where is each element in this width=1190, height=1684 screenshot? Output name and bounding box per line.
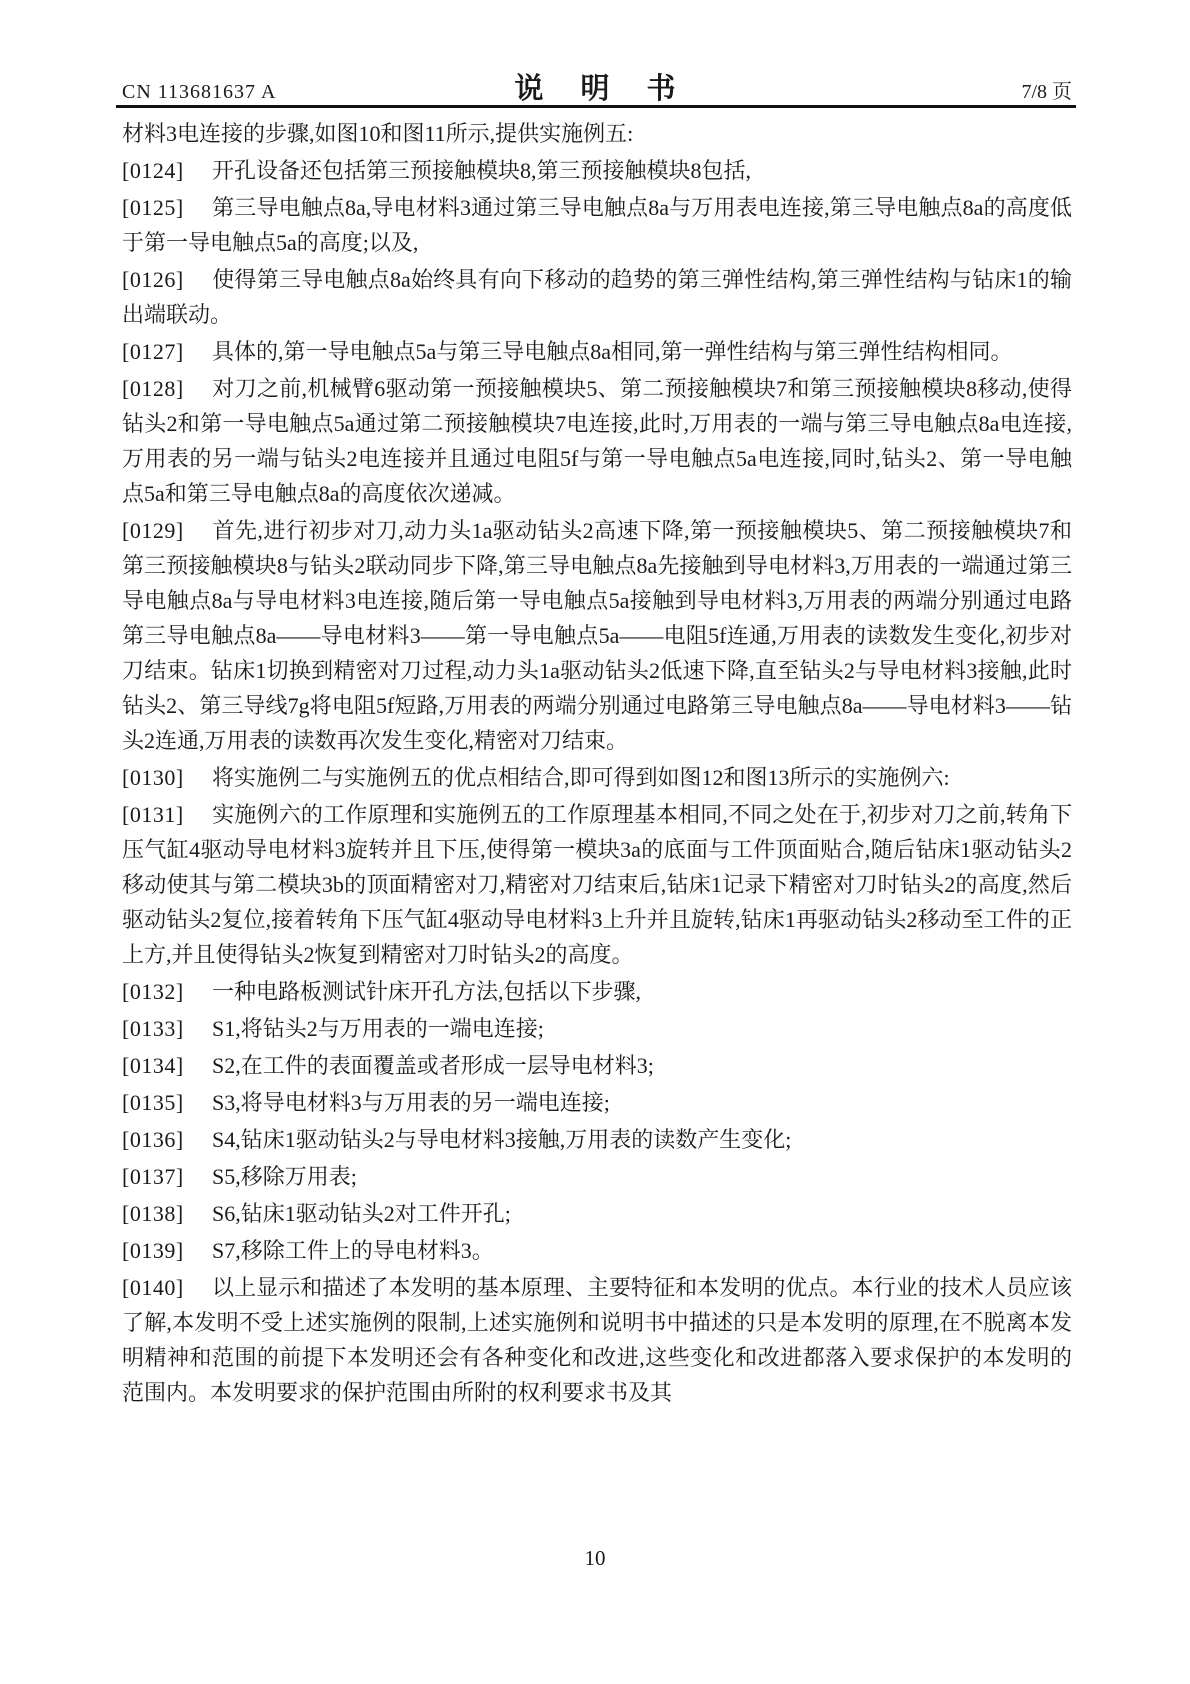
paragraph-number: [0139] — [122, 1233, 212, 1268]
paragraph-0139: [0139]S7,移除工件上的导电材料3。 — [122, 1233, 1072, 1268]
paragraph-text: 首先,进行初步对刀,动力头1a驱动钻头2高速下降,第一预接触模块5、第二预接触模… — [122, 518, 1072, 753]
paragraph-number: [0125] — [122, 190, 212, 225]
paragraph-text: S7,移除工件上的导电材料3。 — [212, 1238, 494, 1263]
header-rule — [116, 105, 1076, 108]
paragraph-0136: [0136]S4,钻床1驱动钻头2与导电材料3接触,万用表的读数产生变化; — [122, 1122, 1072, 1157]
paragraph-number: [0127] — [122, 334, 212, 369]
paragraph-text: 对刀之前,机械臂6驱动第一预接触模块5、第二预接触模块7和第三预接触模块8移动,… — [122, 376, 1072, 506]
paragraph-number: [0128] — [122, 371, 212, 406]
paragraph-text: 以上显示和描述了本发明的基本原理、主要特征和本发明的优点。本行业的技术人员应该了… — [122, 1275, 1072, 1405]
paragraph-continuation: 材料3电连接的步骤,如图10和图11所示,提供实施例五: — [122, 116, 1072, 151]
paragraph-number: [0135] — [122, 1085, 212, 1120]
paragraph-number: [0136] — [122, 1122, 212, 1157]
patent-specification-page: CN 113681637 A 说 明 书 7/8 页 材料3电连接的步骤,如图1… — [0, 0, 1190, 1684]
paragraph-text: S4,钻床1驱动钻头2与导电材料3接触,万用表的读数产生变化; — [212, 1127, 791, 1152]
paragraph-0135: [0135]S3,将导电材料3与万用表的另一端电连接; — [122, 1085, 1072, 1120]
paragraph-text: S1,将钻头2与万用表的一端电连接; — [212, 1016, 544, 1041]
paragraph-text: 一种电路板测试针床开孔方法,包括以下步骤, — [212, 979, 641, 1004]
paragraph-0138: [0138]S6,钻床1驱动钻头2对工件开孔; — [122, 1196, 1072, 1231]
paragraph-text: 实施例六的工作原理和实施例五的工作原理基本相同,不同之处在于,初步对刀之前,转角… — [122, 802, 1072, 967]
paragraph-0125: [0125]第三导电触点8a,导电材料3通过第三导电触点8a与万用表电连接,第三… — [122, 190, 1072, 260]
paragraph-number: [0138] — [122, 1196, 212, 1231]
paragraph-0133: [0133]S1,将钻头2与万用表的一端电连接; — [122, 1011, 1072, 1046]
paragraph-number: [0129] — [122, 513, 212, 548]
paragraph-text: S5,移除万用表; — [212, 1164, 357, 1189]
paragraph-0126: [0126]使得第三导电触点8a始终具有向下移动的趋势的第三弹性结构,第三弹性结… — [122, 262, 1072, 332]
paragraph-0134: [0134]S2,在工件的表面覆盖或者形成一层导电材料3; — [122, 1048, 1072, 1083]
document-title: 说 明 书 — [515, 66, 680, 107]
paragraph-number: [0132] — [122, 974, 212, 1009]
page-header: CN 113681637 A 说 明 书 7/8 页 — [122, 66, 1072, 107]
body-paragraphs: 材料3电连接的步骤,如图10和图11所示,提供实施例五:[0124]开孔设备还包… — [122, 116, 1072, 1412]
paragraph-text: 第三导电触点8a,导电材料3通过第三导电触点8a与万用表电连接,第三导电触点8a… — [122, 195, 1072, 255]
paragraph-0132: [0132]一种电路板测试针床开孔方法,包括以下步骤, — [122, 974, 1072, 1009]
page-number: 10 — [585, 1546, 606, 1570]
paragraph-number: [0130] — [122, 760, 212, 795]
paragraph-number: [0131] — [122, 797, 212, 832]
paragraph-text: 材料3电连接的步骤,如图10和图11所示,提供实施例五: — [122, 121, 633, 146]
page-footer: 10 — [0, 1546, 1190, 1571]
paragraph-text: S2,在工件的表面覆盖或者形成一层导电材料3; — [212, 1053, 654, 1078]
paragraph-text: 开孔设备还包括第三预接触模块8,第三预接触模块8包括, — [212, 158, 751, 183]
paragraph-text: S6,钻床1驱动钻头2对工件开孔; — [212, 1201, 511, 1226]
paragraph-0127: [0127]具体的,第一导电触点5a与第三导电触点8a相同,第一弹性结构与第三弹… — [122, 334, 1072, 369]
paragraph-0130: [0130]将实施例二与实施例五的优点相结合,即可得到如图12和图13所示的实施… — [122, 760, 1072, 795]
paragraph-0140: [0140]以上显示和描述了本发明的基本原理、主要特征和本发明的优点。本行业的技… — [122, 1270, 1072, 1410]
paragraph-0129: [0129]首先,进行初步对刀,动力头1a驱动钻头2高速下降,第一预接触模块5、… — [122, 513, 1072, 758]
paragraph-number: [0140] — [122, 1270, 212, 1305]
paragraph-text: 具体的,第一导电触点5a与第三导电触点8a相同,第一弹性结构与第三弹性结构相同。 — [212, 339, 1013, 364]
page-indicator: 7/8 页 — [680, 75, 1073, 104]
paragraph-number: [0134] — [122, 1048, 212, 1083]
paragraph-0128: [0128]对刀之前,机械臂6驱动第一预接触模块5、第二预接触模块7和第三预接触… — [122, 371, 1072, 511]
paragraph-0137: [0137]S5,移除万用表; — [122, 1159, 1072, 1194]
paragraph-text: 将实施例二与实施例五的优点相结合,即可得到如图12和图13所示的实施例六: — [212, 765, 950, 790]
paragraph-text: S3,将导电材料3与万用表的另一端电连接; — [212, 1090, 610, 1115]
paragraph-number: [0126] — [122, 262, 212, 297]
paragraph-text: 使得第三导电触点8a始终具有向下移动的趋势的第三弹性结构,第三弹性结构与钻床1的… — [122, 267, 1072, 327]
paragraph-number: [0124] — [122, 153, 212, 188]
paragraph-number: [0133] — [122, 1011, 212, 1046]
paragraph-0124: [0124]开孔设备还包括第三预接触模块8,第三预接触模块8包括, — [122, 153, 1072, 188]
publication-number: CN 113681637 A — [122, 81, 515, 104]
paragraph-number: [0137] — [122, 1159, 212, 1194]
paragraph-0131: [0131]实施例六的工作原理和实施例五的工作原理基本相同,不同之处在于,初步对… — [122, 797, 1072, 972]
